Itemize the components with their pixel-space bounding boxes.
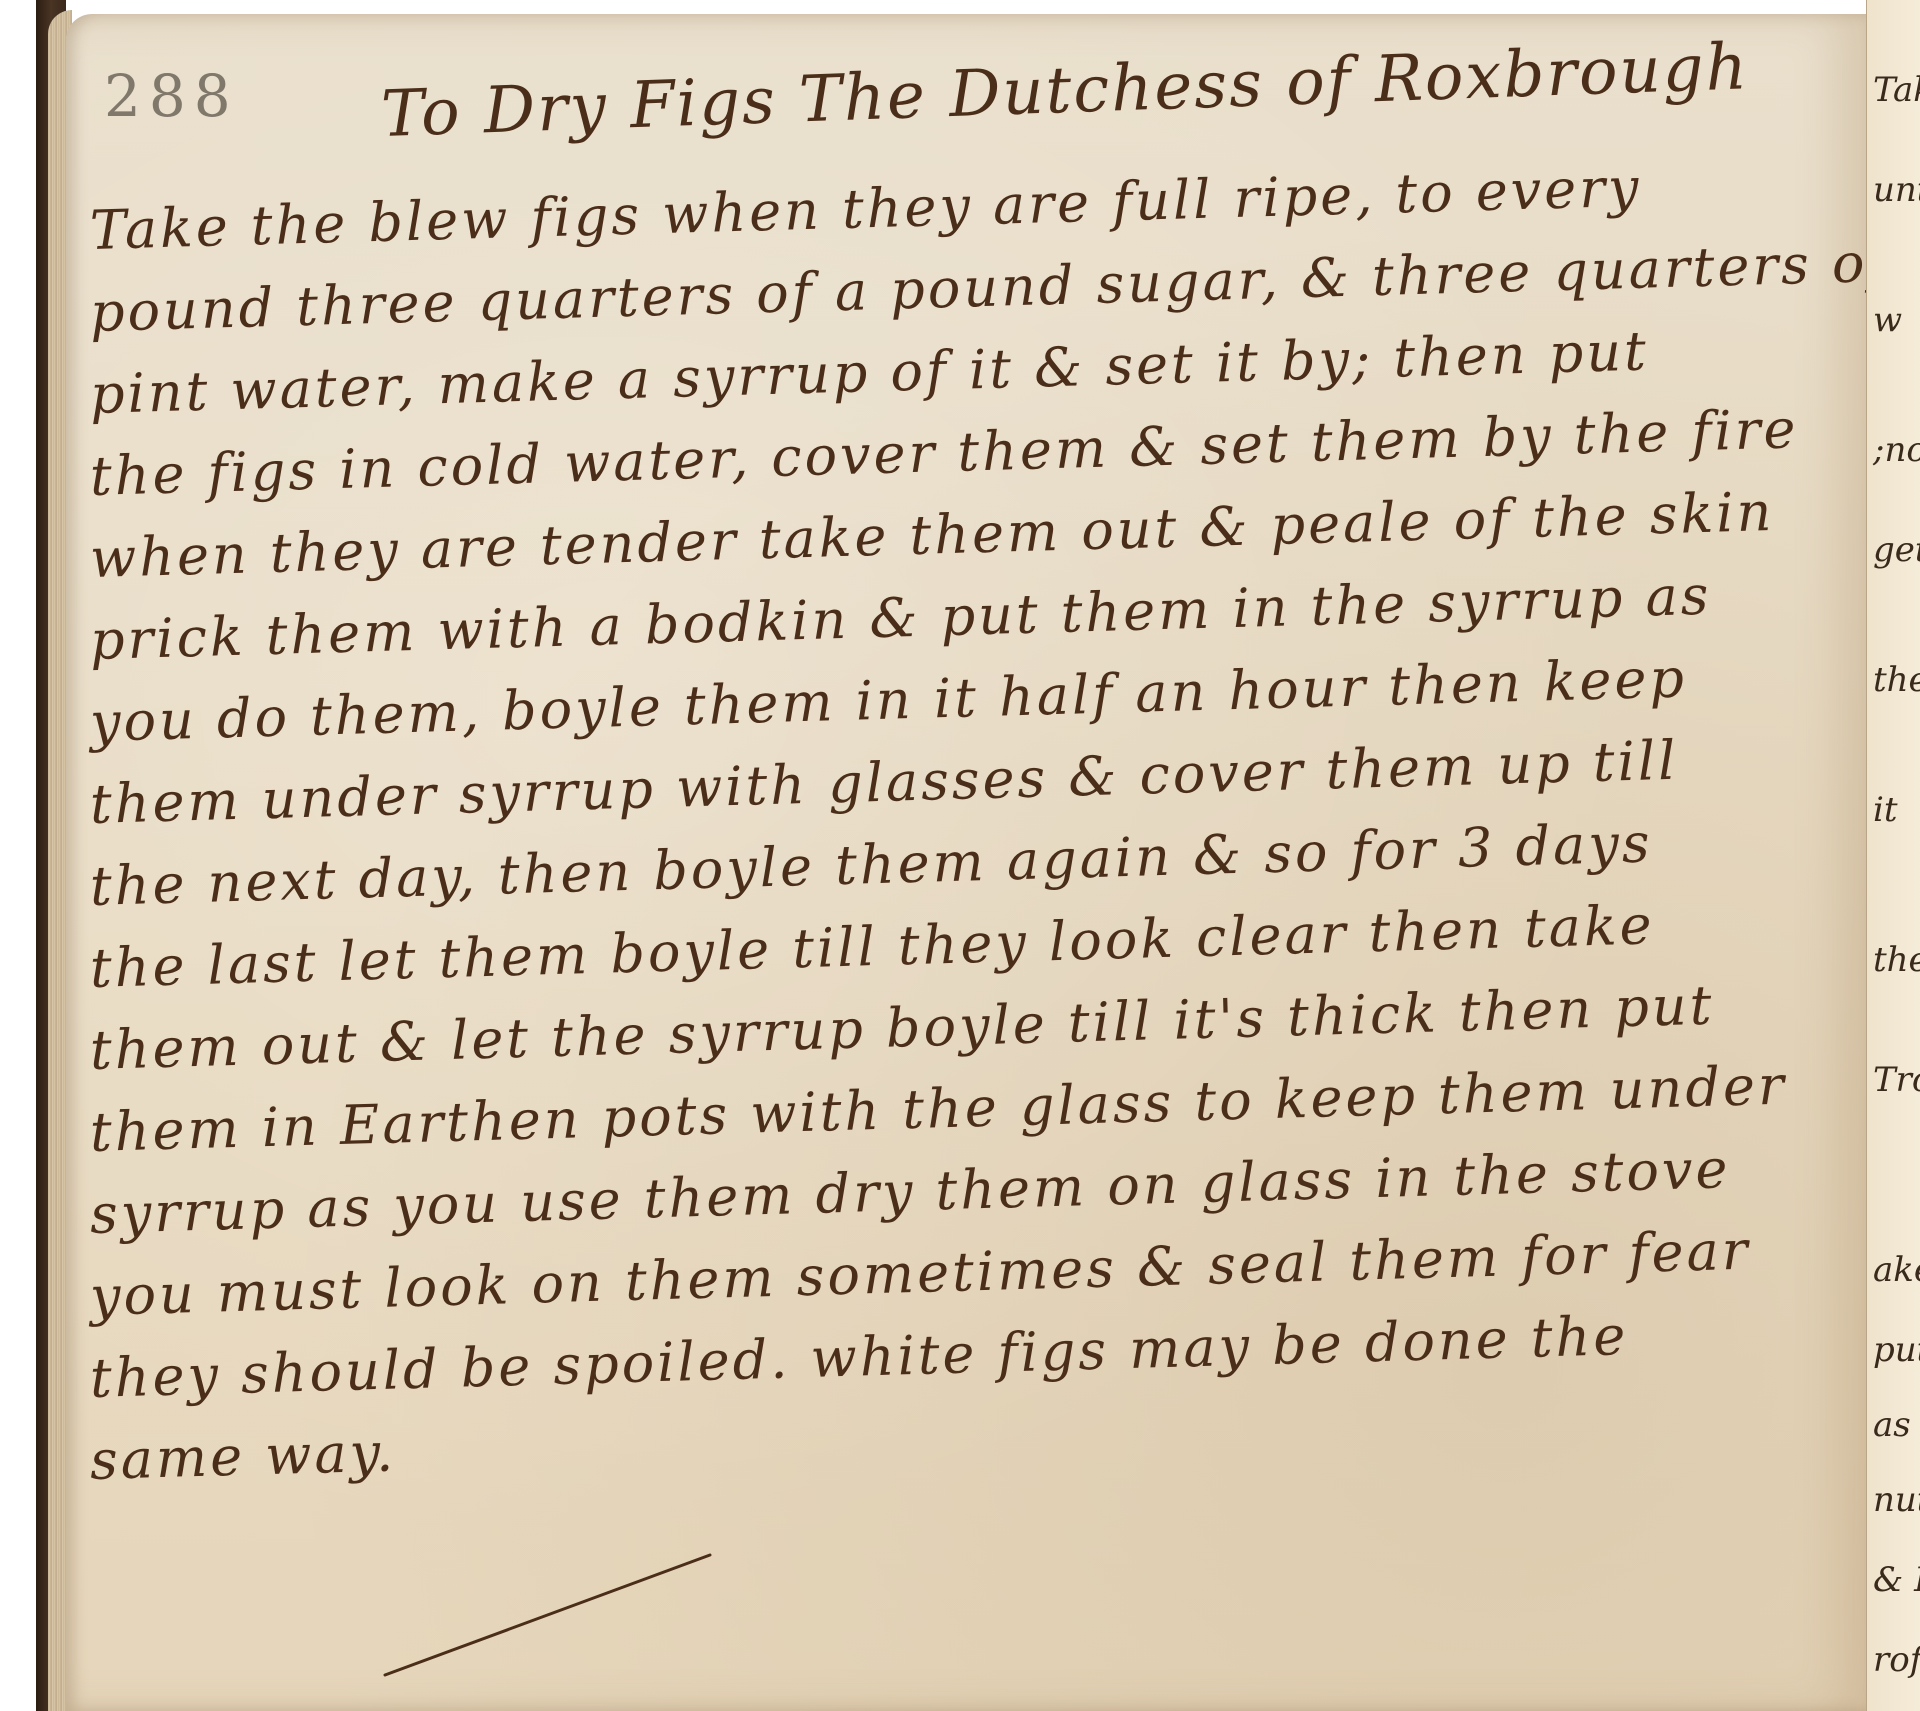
facing-text: ake [1873, 1250, 1920, 1290]
page-number: 288 [104, 62, 239, 130]
facing-page-edge: Take unt w ;nom gethe the it then Tro ak… [1866, 0, 1920, 1711]
facing-text: Take [1873, 70, 1920, 110]
facing-text: put f [1873, 1330, 1920, 1370]
facing-text: gethe [1873, 530, 1920, 570]
ending-flourish [380, 1545, 720, 1685]
facing-text: the [1873, 660, 1920, 700]
facing-text: w [1873, 300, 1902, 340]
recipe-body: Take the blew figs when they are full ri… [90, 190, 1790, 1502]
facing-text: rofe [1873, 1640, 1920, 1680]
facing-text: & Li [1873, 1560, 1920, 1600]
facing-text: ;nom [1873, 430, 1920, 470]
facing-text: unt [1873, 170, 1920, 210]
facing-text: nuts [1873, 1480, 1920, 1520]
facing-text: it [1873, 790, 1898, 830]
facing-text: Tro [1873, 1060, 1920, 1100]
facing-text: then [1873, 940, 1920, 980]
facing-text: as yo [1873, 1405, 1920, 1445]
